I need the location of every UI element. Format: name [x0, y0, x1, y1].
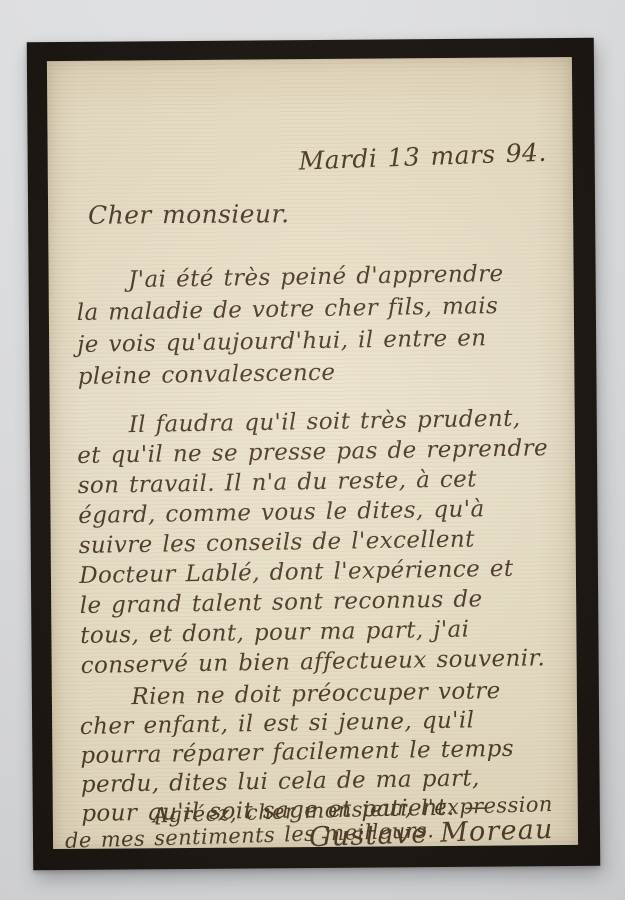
letter-paper: Mardi 13 mars 94. Cher monsieur. J'ai ét… — [47, 57, 578, 849]
date-line: Mardi 13 mars 94. — [298, 138, 547, 176]
photo-background: Mardi 13 mars 94. Cher monsieur. J'ai ét… — [0, 0, 625, 900]
salutation: Cher monsieur. — [88, 199, 289, 230]
paragraph-2: Il faudra qu'il soit très prudent, et qu… — [77, 405, 568, 683]
letter-card-mat: Mardi 13 mars 94. Cher monsieur. J'ai ét… — [27, 38, 600, 870]
letter-line: pleine convalescence — [78, 356, 565, 396]
paragraph-1: J'ai été très peiné d'apprendre la malad… — [76, 260, 565, 396]
